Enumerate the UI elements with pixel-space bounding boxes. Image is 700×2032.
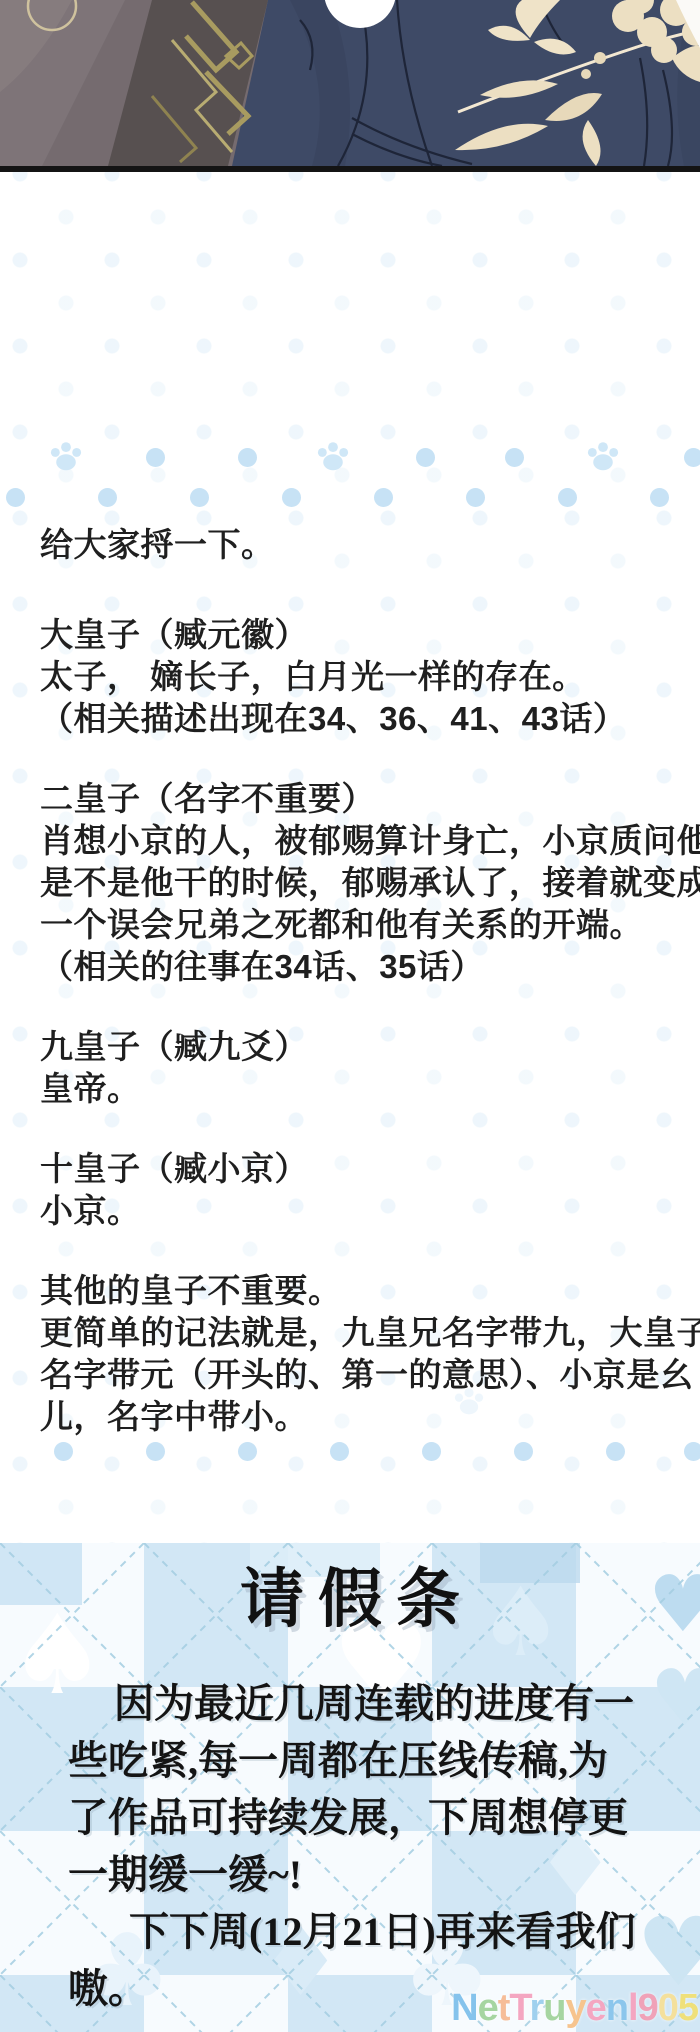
dot: [282, 488, 301, 507]
watermark-letter: T: [509, 1987, 529, 2029]
watermark-letter: e: [478, 1987, 498, 2029]
watermark-letter: y: [566, 1987, 586, 2029]
note-line: 小京。: [40, 1190, 680, 1232]
prince-1-section: 大皇子（臧元徽） 太子， 嫡长子，白月光一样的存在。 （相关描述出现在34、36…: [40, 614, 680, 740]
prince-1-heading: 大皇子（臧元徽）: [40, 614, 680, 656]
dot: [684, 448, 700, 467]
watermark-letter: N: [451, 1987, 477, 2029]
watermark-letter: e: [586, 1987, 606, 2029]
note-line: 太子， 嫡长子，白月光一样的存在。: [40, 656, 680, 698]
note-line: 一个误会兄弟之死都和他有关系的开端。: [40, 904, 680, 946]
prince-2-heading: 二皇子（名字不重要）: [40, 778, 680, 820]
dot: [190, 488, 209, 507]
dot: [466, 488, 485, 507]
intro-paragraph: 给大家捋一下。: [40, 524, 680, 566]
dot: [505, 448, 524, 467]
watermark-letter: u: [543, 1987, 565, 2029]
watermark-letter: r: [530, 1987, 544, 2029]
dot: [98, 488, 117, 507]
watermark-letter: 5: [678, 1987, 698, 2029]
prince-10-heading: 十皇子（臧小京）: [40, 1148, 680, 1190]
dot: [650, 488, 669, 507]
watermark-letter: l: [628, 1987, 638, 2029]
prince-9-heading: 九皇子（臧九爻）: [40, 1026, 680, 1068]
site-watermark: NetTruyenl905: [451, 1987, 698, 2030]
notes-text-block: 给大家捋一下。 大皇子（臧元徽） 太子， 嫡长子，白月光一样的存在。 （相关描述…: [40, 524, 680, 1476]
note-line: 皇帝。: [40, 1068, 680, 1110]
leave-note-body: 因为最近几周连载的进度有一 些吃紧,每一周都在压线传稿,为 了作品可持续发展，下…: [68, 1675, 668, 2017]
leave-line: 因为最近几周连载的进度有一: [68, 1675, 668, 1732]
watermark-letter: t: [498, 1987, 510, 2029]
leave-line: 了作品可持续发展，下周想停更: [68, 1789, 668, 1846]
leave-line: 一期缓一缓~!: [68, 1846, 668, 1903]
summary-section: 其他的皇子不重要。 更简单的记法就是，九皇兄名字带九，大皇子 名字带元（开头的、…: [40, 1270, 680, 1438]
note-line: （相关的往事在34话、35话）: [40, 946, 680, 988]
paw-icon: [48, 440, 84, 472]
note-line: 其他的皇子不重要。: [40, 1270, 680, 1312]
comic-panel-image: [0, 0, 700, 172]
dot-row: [0, 480, 700, 514]
note-line: （相关描述出现在34、36、41、43话）: [40, 698, 680, 740]
paw-dot-row: [0, 440, 700, 474]
dot: [146, 448, 165, 467]
comic-panel-art: [0, 0, 700, 166]
character-notes-section: 给大家捋一下。 大皇子（臧元徽） 太子， 嫡长子，白月光一样的存在。 （相关描述…: [0, 172, 700, 1543]
note-line: 给大家捋一下。: [40, 524, 680, 566]
note-line: 更简单的记法就是，九皇兄名字带九，大皇子: [40, 1312, 680, 1354]
leave-note-section: ♠ ♥ ♠ ♥ ♥ ♦ ♣ ♦ ♣ ♥ 请假条 因为最近几周连载的进度有一 些吃…: [0, 1543, 700, 2032]
dot: [416, 448, 435, 467]
dot: [684, 1442, 700, 1461]
leave-line: 下下周(12月21日)再来看我们: [68, 1903, 668, 1960]
note-line: 是不是他干的时候，郁赐承认了，接着就变成: [40, 862, 680, 904]
note-line: 儿，名字中带小。: [40, 1396, 680, 1438]
watermark-letter: n: [606, 1987, 628, 2029]
leave-note-title: 请假条: [0, 1565, 700, 1635]
watermark-letter: 9: [638, 1987, 658, 2029]
dot: [238, 448, 257, 467]
dot: [6, 488, 25, 507]
paw-icon: [585, 440, 621, 472]
prince-9-section: 九皇子（臧九爻） 皇帝。: [40, 1026, 680, 1110]
leave-line: 些吃紧,每一周都在压线传稿,为: [68, 1732, 668, 1789]
watermark-letter: 0: [658, 1987, 678, 2029]
dot: [374, 488, 393, 507]
note-line: 肖想小京的人，被郁赐算计身亡，小京质问他: [40, 820, 680, 862]
dot: [558, 488, 577, 507]
prince-2-section: 二皇子（名字不重要） 肖想小京的人，被郁赐算计身亡，小京质问他 是不是他干的时候…: [40, 778, 680, 988]
note-line: 名字带元（开头的、第一的意思）、小京是幺: [40, 1354, 680, 1396]
prince-10-section: 十皇子（臧小京） 小京。: [40, 1148, 680, 1232]
paw-icon: [315, 440, 351, 472]
